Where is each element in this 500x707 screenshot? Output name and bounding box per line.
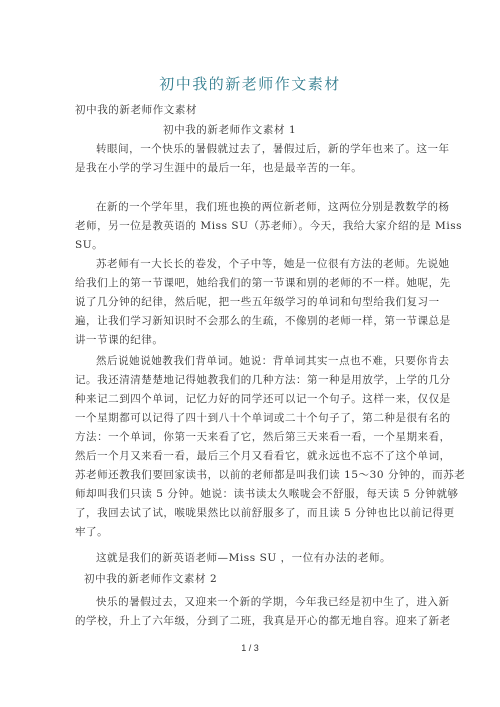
paragraph-line: 了，我回去试了试，喉咙果然比以前舒服多了，而且读 5 分钟也比以前记得更 <box>75 505 427 521</box>
paragraph-line: 说了几分钟的纪律，然后呢，把一些五年级学习的单词和句型给我们复习一 <box>75 294 427 310</box>
paragraph-line: 转眼间，一个快乐的暑假就过去了，暑假过后，新的学年也来了。这一年 <box>96 141 427 157</box>
paragraph-line: 苏老师有一大长长的卷发，个子中等，她是一位很有方法的老师。先说她 <box>96 256 427 272</box>
paragraph-line: 苏老师还教我们要回家读书，以前的老师都是叫我们读 15～30 分钟的，而苏老 <box>75 467 427 483</box>
paragraph-line: 然后一个月又来看一看，最后三个月又看看它，就永远也不忘不了这个单词， <box>75 448 427 464</box>
paragraph-line: 方法：一个单词，你第一天来看了它，然后第三天来看一看，一个星期来看， <box>75 429 427 445</box>
document-title: 初中我的新老师作文素材 <box>0 74 500 94</box>
paragraph-line: 然后说她说她教我们背单词。她说：背单词其实一点也不难，只要你肯去 <box>96 353 427 369</box>
paragraph-line: 给我们上的第一节课吧，她给我们的第一节课和别的老师的不一样。她呢，先 <box>75 275 427 291</box>
document-subtitle: 初中我的新老师作文素材 <box>75 102 197 118</box>
document-page: 初中我的新老师作文素材 初中我的新老师作文素材 初中我的新老师作文素材 1 转眼… <box>0 0 500 707</box>
paragraph-line: 老师，另一位是教英语的 Miss SU（苏老师）。今天，我给大家介绍的是 Mis… <box>75 218 427 234</box>
paragraph-line: 讲一节课的纪律。 <box>75 332 427 348</box>
section-heading-1: 初中我的新老师作文素材 1 <box>163 122 296 138</box>
paragraph-line: 牢了。 <box>75 524 427 540</box>
paragraph-line: 的学校，升上了六年级，分到了二班，我真是开心的都无地自容。迎来了新老 <box>75 613 427 629</box>
paragraph-line: 在新的一个学年里，我们班也换的两位新老师，这两位分别是教数学的杨 <box>96 199 427 215</box>
paragraph-line: 一个星期都可以记得了四十到八十个单词或二十个句子了，第二种是很有名的 <box>75 410 427 426</box>
paragraph-line: 种来记二到四个单词，记忆力好的同学还可以记一个句子。这样一来，仅仅是 <box>75 391 427 407</box>
paragraph-line: SU。 <box>75 237 427 253</box>
section-heading-2: 初中我的新老师作文素材 2 <box>84 571 217 587</box>
paragraph-line: 遍，让我们学习新知识时不会那么的生疏，不像别的老师一样，第一节课总是 <box>75 313 427 329</box>
paragraph-line: 记。我还清清楚楚地记得她教我们的几种方法：第一种是用放学，上学的几分 <box>75 372 427 388</box>
paragraph-line: 师却叫我们只读 5 分钟。她说：读书读太久喉咙会不舒服，每天读 5 分钟就够 <box>75 486 427 502</box>
paragraph-line: 快乐的暑假过去，又迎来一个新的学期，今年我已经是初中生了，进入新 <box>96 594 427 610</box>
paragraph-line: 是我在小学的学习生涯中的最后一年，也是最辛苦的一年。 <box>75 160 427 176</box>
paragraph-line: 这就是我们的新英语老师—Miss SU ，一位有办法的老师。 <box>96 550 427 566</box>
page-indicator: 1 / 3 <box>0 643 500 653</box>
